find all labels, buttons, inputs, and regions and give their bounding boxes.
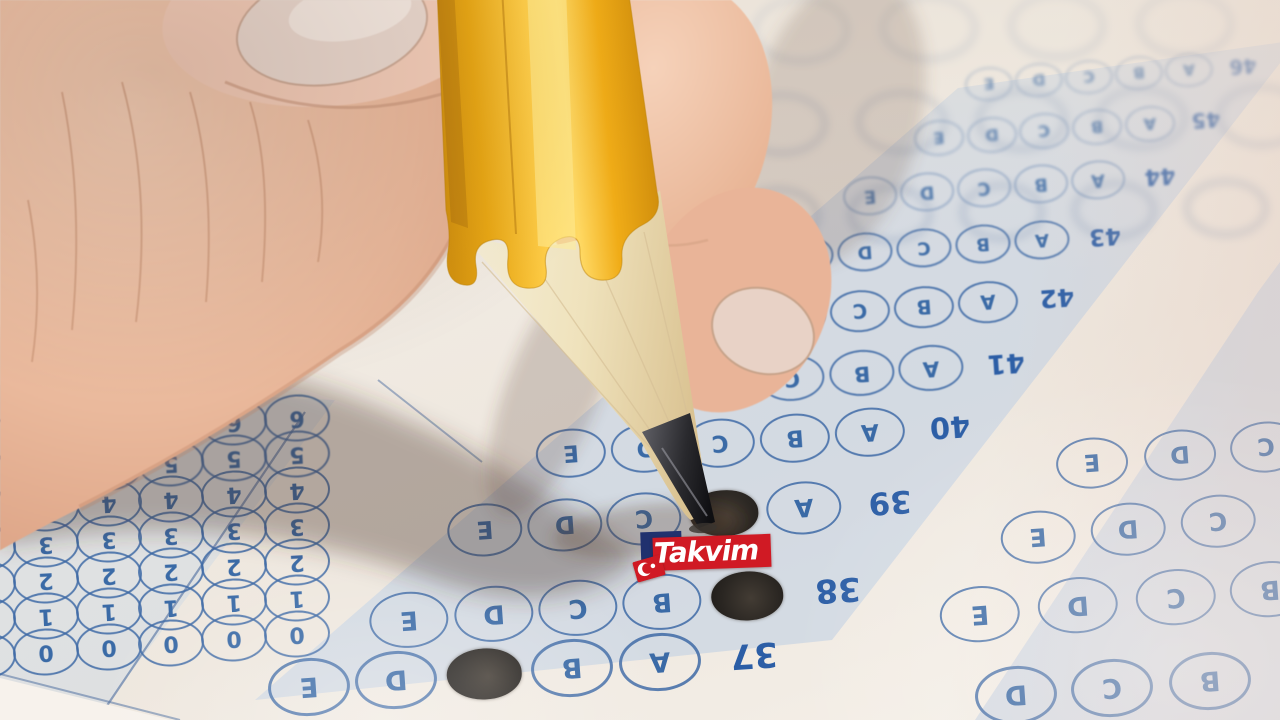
photo-answer-sheet-scene: 37ABDE38BCDE39ACDE40ABCDE41ABCDE42ABCDE4… <box>0 0 1280 720</box>
vignette <box>0 0 1280 720</box>
